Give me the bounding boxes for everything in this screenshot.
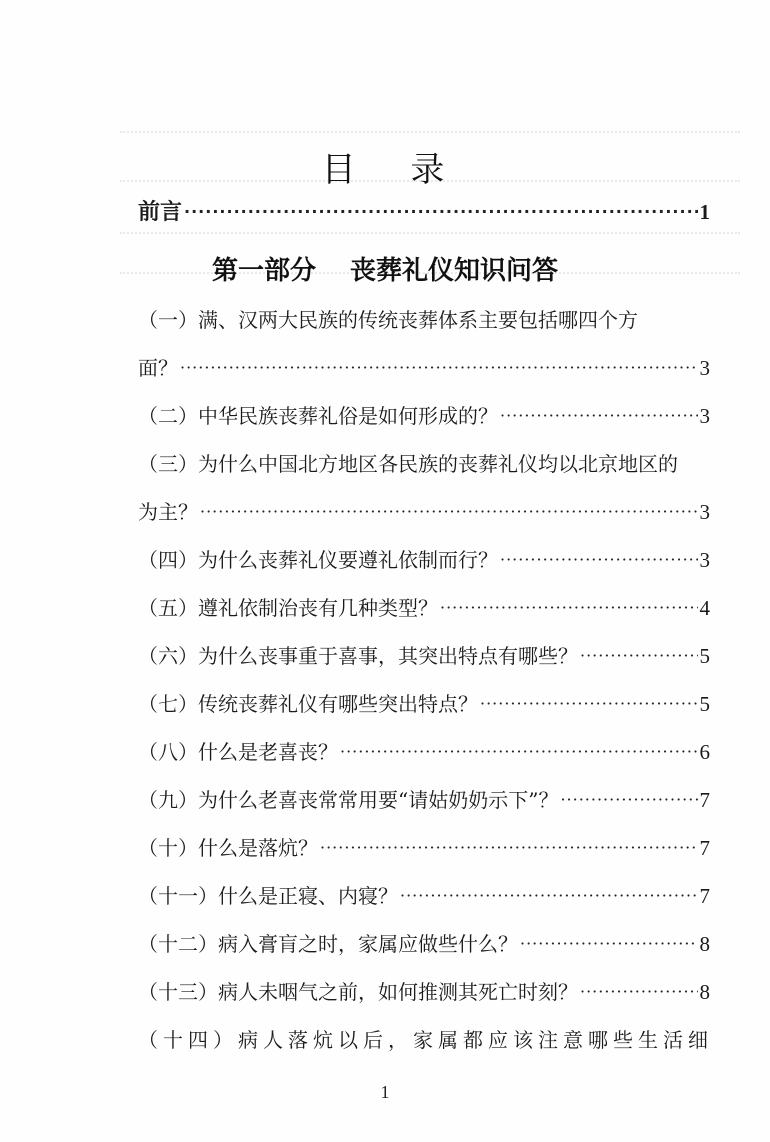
- bleed-through-line: [120, 131, 740, 134]
- toc-title: 目 录: [0, 142, 770, 191]
- dot-leader: [440, 594, 698, 622]
- toc-entry-label: （五）遵礼依制治丧有几种类型？: [138, 594, 438, 622]
- dot-leader: [580, 978, 698, 1006]
- toc-entry-page: 3: [700, 354, 711, 382]
- toc-entry-label: （八）什么是老喜丧？: [138, 738, 338, 766]
- document-page: 目 录 前言 1 第一部分丧葬礼仪知识问答 （一）满、汉两大民族的传统丧葬体系主…: [0, 0, 770, 1142]
- toc-entry[interactable]: （一）满、汉两大民族的传统丧葬体系主要包括哪四个方: [138, 306, 710, 334]
- toc-entry-page: 8: [700, 930, 711, 958]
- toc-entry-page: 7: [700, 786, 711, 814]
- toc-entry-label: 面？: [138, 354, 178, 382]
- toc-entry-label: （九）为什么老喜丧常常用要“请姑奶奶示下”？: [138, 786, 558, 814]
- toc-entry-page: 3: [700, 546, 711, 574]
- dot-leader: [180, 354, 698, 382]
- toc-entry-page: 3: [700, 402, 711, 430]
- toc-entry[interactable]: 面？ 3: [138, 354, 710, 384]
- toc-entry-label: （一）满、汉两大民族的传统丧葬体系主要包括哪四个方: [138, 306, 638, 334]
- bleed-through-line: [120, 232, 740, 235]
- dot-leader: [520, 930, 698, 958]
- toc-entry[interactable]: （三）为什么中国北方地区各民族的丧葬礼仪均以北京地区的: [138, 450, 710, 478]
- toc-entry-page: 7: [700, 834, 711, 862]
- toc-entry-label: （六）为什么丧事重于喜事，其突出特点有哪些？: [138, 642, 578, 670]
- dot-leader: [184, 198, 697, 226]
- dot-leader: [340, 738, 698, 766]
- toc-entry[interactable]: （十）什么是落炕？ 7: [138, 834, 710, 864]
- toc-entry[interactable]: （五）遵礼依制治丧有几种类型？ 4: [138, 594, 710, 624]
- dot-leader: [500, 402, 698, 430]
- toc-entry-page: 3: [700, 498, 711, 526]
- toc-entry[interactable]: （九）为什么老喜丧常常用要“请姑奶奶示下”？ 7: [138, 786, 710, 816]
- toc-entry-page: 5: [700, 690, 711, 718]
- toc-entry-page: 5: [700, 642, 711, 670]
- toc-entry-page: 7: [700, 882, 711, 910]
- toc-entry-label: （三）为什么中国北方地区各民族的丧葬礼仪均以北京地区的: [138, 450, 678, 478]
- toc-entry[interactable]: （二）中华民族丧葬礼俗是如何形成的？ 3: [138, 402, 710, 432]
- part-title: 丧葬礼仪知识问答: [350, 256, 558, 286]
- toc-entry[interactable]: （十三）病人未咽气之前，如何推测其死亡时刻？ 8: [138, 978, 710, 1008]
- toc-entry[interactable]: （六）为什么丧事重于喜事，其突出特点有哪些？ 5: [138, 642, 710, 672]
- dot-leader: [320, 834, 698, 862]
- toc-entry[interactable]: （十一）什么是正寝、内寝？ 7: [138, 882, 710, 912]
- toc-entry[interactable]: （十四）病人落炕以后，家属都应该注意哪些生活细: [138, 1026, 710, 1054]
- toc-entry-page: 8: [700, 978, 711, 1006]
- dot-leader: [200, 498, 698, 526]
- toc-entry[interactable]: 为主？ 3: [138, 498, 710, 528]
- toc-entry-label: （十）什么是落炕？: [138, 834, 318, 862]
- toc-entry-page: 4: [700, 594, 711, 622]
- toc-entry-label: （二）中华民族丧葬礼俗是如何形成的？: [138, 402, 498, 430]
- toc-entry-label: 为主？: [138, 498, 198, 526]
- toc-entry-label: （七）传统丧葬礼仪有哪些突出特点？: [138, 690, 478, 718]
- toc-entry-label: （十三）病人未咽气之前，如何推测其死亡时刻？: [138, 978, 578, 1006]
- toc-entry[interactable]: （七）传统丧葬礼仪有哪些突出特点？ 5: [138, 690, 710, 720]
- toc-entry-page: 6: [700, 738, 711, 766]
- toc-entry[interactable]: （八）什么是老喜丧？ 6: [138, 738, 710, 768]
- dot-leader: [480, 690, 698, 718]
- toc-entry[interactable]: （四）为什么丧葬礼仪要遵礼依制而行？ 3: [138, 546, 710, 576]
- dot-leader: [400, 882, 698, 910]
- toc-entry-label: （十一）什么是正寝、内寝？: [138, 882, 398, 910]
- toc-entry-label: （十四）病人落炕以后，家属都应该注意哪些生活细: [138, 1026, 713, 1054]
- toc-entry-page: 1: [700, 198, 711, 226]
- toc-entry-label: （十二）病入膏肓之时，家属应做些什么？: [138, 930, 518, 958]
- part-number: 第一部分: [212, 256, 316, 286]
- part-heading: 第一部分丧葬礼仪知识问答: [0, 250, 770, 287]
- toc-entry[interactable]: （十二）病入膏肓之时，家属应做些什么？ 8: [138, 930, 710, 960]
- page-number: 1: [0, 1082, 770, 1103]
- toc-entry-label: 前言: [138, 199, 182, 227]
- toc-entry-preface[interactable]: 前言 1: [138, 198, 710, 228]
- dot-leader: [560, 786, 697, 814]
- dot-leader: [580, 642, 698, 670]
- toc-entry-label: （四）为什么丧葬礼仪要遵礼依制而行？: [138, 546, 498, 574]
- dot-leader: [500, 546, 698, 574]
